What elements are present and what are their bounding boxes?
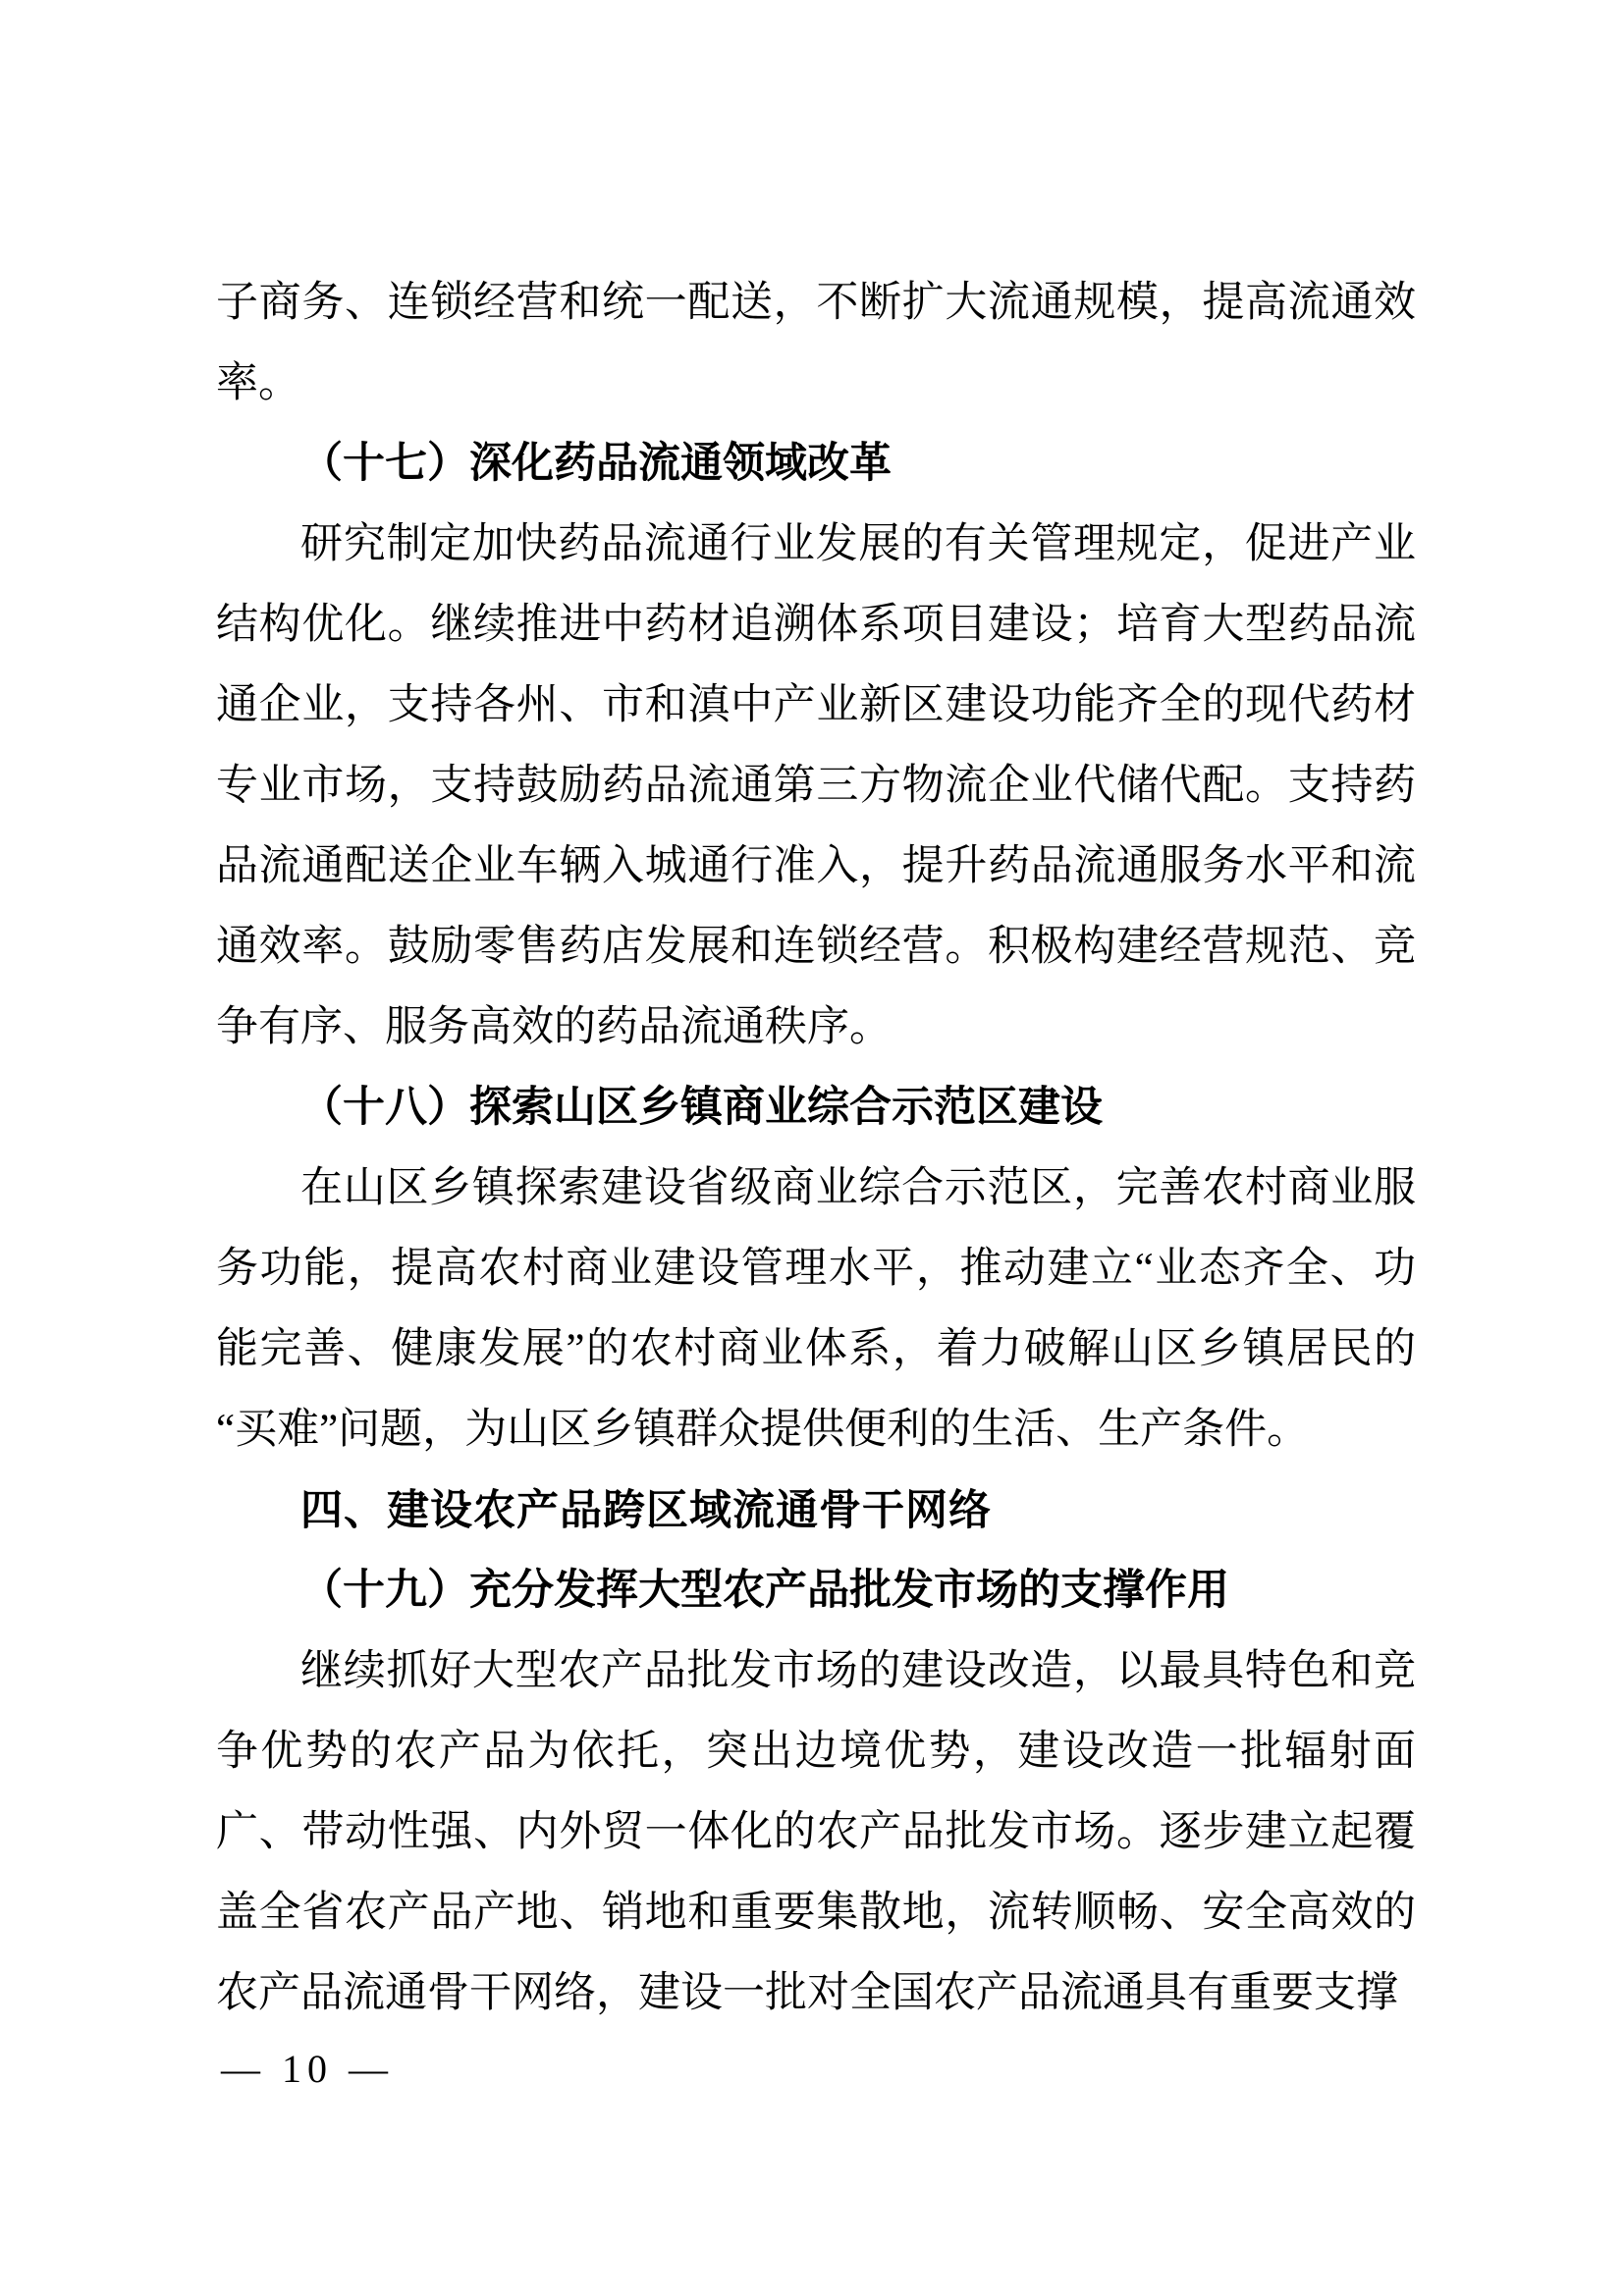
paragraph-pharma-distribution: 研究制定加快药品流通行业发展的有关管理规定，促进产业结构优化。继续推进中药材追溯…: [216, 505, 1416, 1068]
heading-section-17-pharma-reform: （十七）深化药品流通领域改革: [216, 424, 1416, 505]
heading-section-18-township-demo-zone: （十八）探索山区乡镇商业综合示范区建设: [216, 1068, 1416, 1148]
paragraph-distribution-scale-continued: 子商务、连锁经营和统一配送，不断扩大流通规模，提高流通效率。: [216, 263, 1416, 424]
page-number: — 10 —: [221, 2042, 394, 2097]
paragraph-rural-commerce: 在山区乡镇探索建设省级商业综合示范区，完善农村商业服务功能，提高农村商业建设管理…: [216, 1148, 1416, 1470]
heading-section-19-wholesale-markets: （十九）充分发挥大型农产品批发市场的支撑作用: [216, 1551, 1416, 1631]
document-body: 子商务、连锁经营和统一配送，不断扩大流通规模，提高流通效率。 （十七）深化药品流…: [216, 263, 1416, 2034]
document-page: 子商务、连锁经营和统一配送，不断扩大流通规模，提高流通效率。 （十七）深化药品流…: [0, 0, 1624, 2296]
paragraph-wholesale-markets: 继续抓好大型农产品批发市场的建设改造，以最具特色和竞争优势的农产品为依托，突出边…: [216, 1631, 1416, 2034]
heading-chapter-4-agri-network: 四、建设农产品跨区域流通骨干网络: [216, 1470, 1416, 1551]
